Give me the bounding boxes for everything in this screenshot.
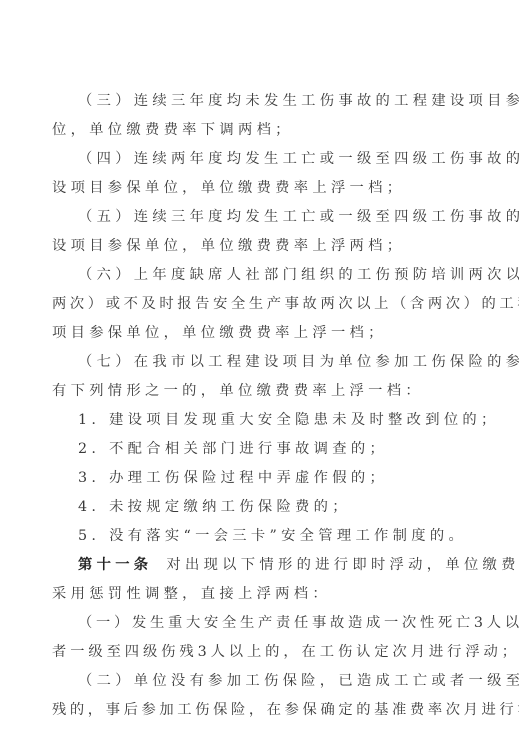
article-11-line: 第十一条对出现以下情形的进行即时浮动，单位缴费费率 [78,556,474,574]
paragraph-line: 位，单位缴费费率下调两档； [52,121,448,139]
paragraph-line: 设项目参保单位，单位缴费费率上浮两档； [52,237,448,255]
paragraph-line: 设项目参保单位，单位缴费费率上浮一档； [52,179,448,197]
article-heading: 第十一条 [78,557,152,573]
paragraph-line: 项目参保单位，单位缴费费率上浮一档； [52,324,448,342]
document-page: （三）连续三年度均未发生工伤事故的工程建设项目参保单 位，单位缴费费率下调两档；… [0,0,519,751]
paragraph-line: （一）发生重大安全生产责任事故造成一次性死亡3人以上或 [78,614,474,632]
paragraph-line: （二）单位没有参加工伤保险，已造成工亡或者一级至四级伤 [78,672,474,690]
list-item-2: 2. 不配合相关部门进行事故调查的； [78,440,474,458]
paragraph-line: （五）连续三年度均发生工亡或一级至四级工伤事故的工程建 [78,208,474,226]
paragraph-line: （六）上年度缺席人社部门组织的工伤预防培训两次以上（含 [78,266,474,284]
paragraph-line: （七）在我市以工程建设项目为单位参加工伤保险的参保单位 [78,353,474,371]
list-item-5: 5. 没有落实“一会三卡”安全管理工作制度的。 [78,527,474,545]
article-text: 对出现以下情形的进行即时浮动，单位缴费费率 [166,557,519,573]
list-item-3: 3. 办理工伤保险过程中弄虚作假的； [78,469,474,487]
paragraph-line: （四）连续两年度均发生工亡或一级至四级工伤事故的工程建 [78,150,474,168]
paragraph-line: （三）连续三年度均未发生工伤事故的工程建设项目参保单 [78,92,474,110]
paragraph-line: 有下列情形之一的，单位缴费费率上浮一档： [52,382,448,400]
paragraph-line: 采用惩罚性调整，直接上浮两档： [52,585,448,603]
list-item-4: 4. 未按规定缴纳工伤保险费的； [78,498,474,516]
list-item-1: 1. 建设项目发现重大安全隐患未及时整改到位的； [78,411,474,429]
paragraph-line: 者一级至四级伤残3人以上的，在工伤认定次月进行浮动； [52,643,448,661]
paragraph-line: 两次）或不及时报告安全生产事故两次以上（含两次）的工程建设 [52,295,448,313]
paragraph-line: 残的，事后参加工伤保险，在参保确定的基准费率次月进行浮动； [52,701,448,719]
